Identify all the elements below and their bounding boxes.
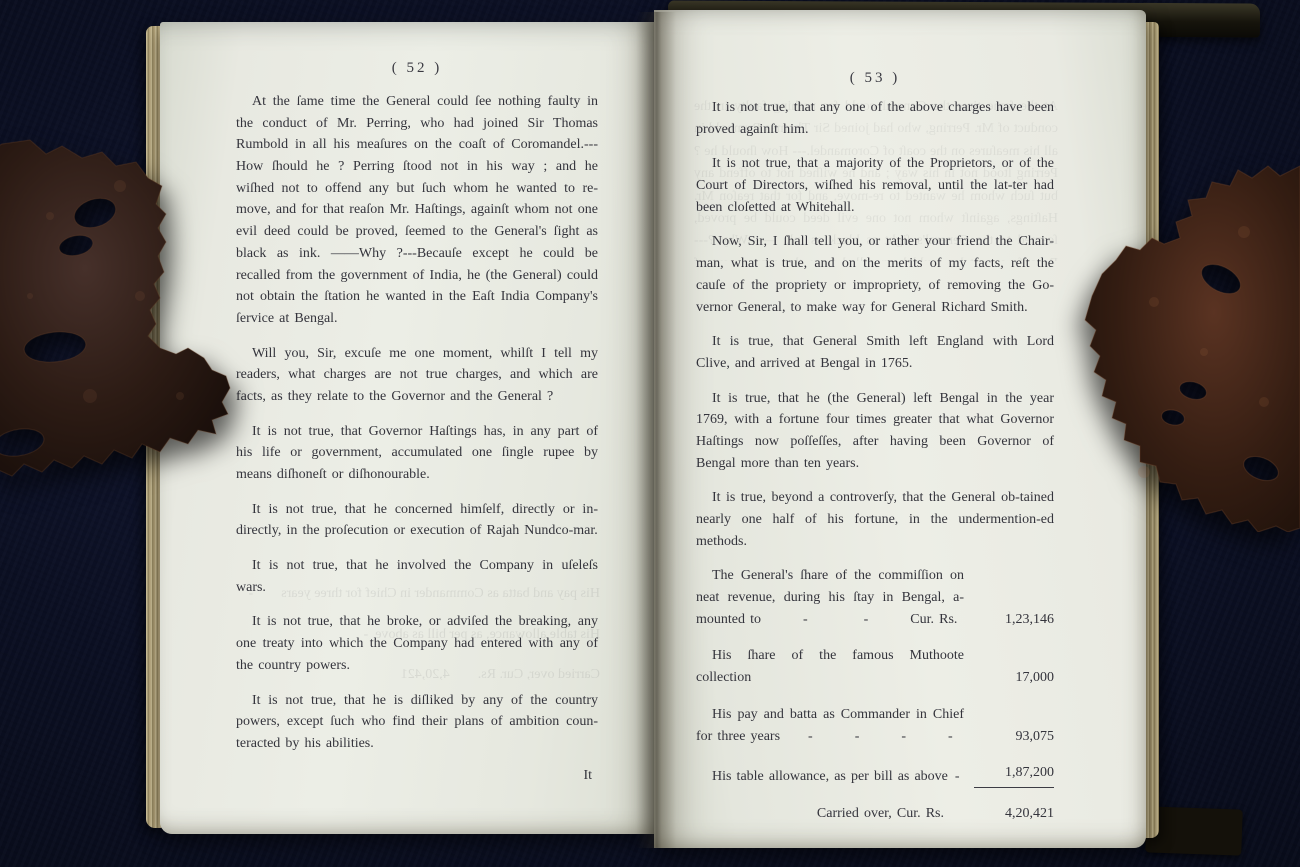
paragraph: It is not true, that Governor Haſtings h…	[236, 421, 598, 486]
paragraph: It is true, that he (the General) left B…	[696, 388, 1054, 475]
page-53-number: ( 53 )	[696, 70, 1054, 87]
paragraph: It is not true, that a majority of the P…	[696, 153, 1054, 218]
book-cover-bottom-corner	[1145, 806, 1243, 855]
paragraph: Now, Sir, I ſhall tell you, or rather yo…	[696, 231, 1054, 318]
paragraph: It is not true, that he involved the Com…	[236, 555, 598, 598]
page-53: ( 53 ) It is not true, that any one of t…	[654, 10, 1146, 848]
paragraph: Will you, Sir, excuſe me one moment, whi…	[236, 343, 598, 408]
left-metal-ornament	[0, 96, 240, 516]
account-total-row: Carried over, Cur. Rs. 4,20,421	[696, 803, 1054, 825]
paragraph: It is not true, that any one of the abov…	[696, 97, 1054, 140]
amount: 1,87,200	[974, 762, 1054, 788]
account-table: The General's ſhare of the commiſſion on…	[696, 565, 1054, 824]
paragraph: It is true, beyond a controverſy, that t…	[696, 487, 1054, 552]
account-row: The General's ſhare of the commiſſion on…	[696, 565, 1054, 630]
total-label: Carried over, Cur. Rs.	[817, 803, 944, 825]
paragraph: It is not true, that he is diſliked by a…	[236, 690, 598, 755]
paragraph: It is not true, that he broke, or adviſe…	[236, 611, 598, 676]
amount: 93,075	[974, 726, 1054, 748]
account-row: His ſhare of the famous Muthoote collect…	[696, 645, 1054, 688]
paragraph: It is not true, that he concerned himſel…	[236, 499, 598, 542]
page-52-text-block: At the ſame time the General could ſee n…	[236, 91, 598, 755]
paragraph: At the ſame time the General could ſee n…	[236, 91, 598, 330]
amount: 17,000	[974, 667, 1054, 689]
page-52-number: ( 52 )	[236, 60, 598, 77]
amount: 1,23,146	[974, 609, 1054, 631]
total-amount: 4,20,421	[974, 803, 1054, 825]
catchword: It	[236, 768, 598, 784]
account-row: His table allowance, as per bill as abov…	[696, 762, 1054, 788]
paragraph: It is true, that General Smith left Engl…	[696, 331, 1054, 374]
photograph-scene: ( 52 ) At the ſame time the General coul…	[0, 0, 1300, 867]
account-row: His pay and batta as Commander in Chief …	[696, 704, 1054, 747]
right-metal-ornament	[1084, 162, 1300, 532]
page-53-text-block: It is not true, that any one of the abov…	[696, 97, 1054, 825]
